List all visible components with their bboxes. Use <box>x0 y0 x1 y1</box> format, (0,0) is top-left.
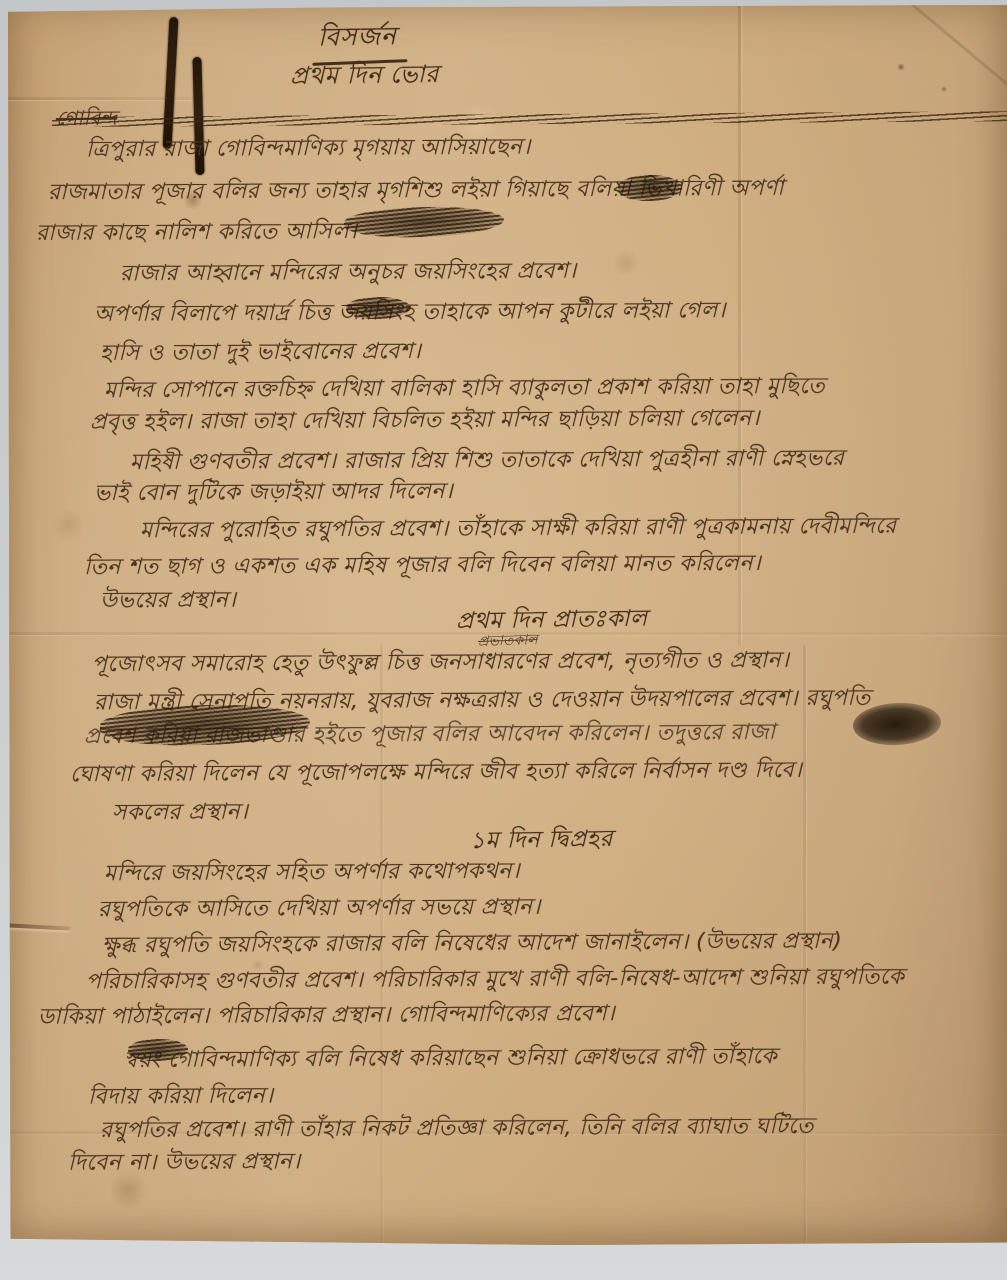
manuscript-line: স্বয়ং গোবিন্দমাণিক্য বলি নিষেধ করিয়াছে… <box>124 1039 777 1080</box>
manuscript-line: রঘুপতিকে আসিতে দেখিয়া অপর্ণার সভয়ে প্র… <box>98 890 541 930</box>
manuscript-line: ক্ষুব্ধ রঘুপতি জয়সিংহকে রাজার বলি নিষেধ… <box>102 924 842 966</box>
manuscript-line: সকলের প্রস্থান। <box>112 795 248 833</box>
manuscript-line: ডাকিয়া পাঠাইলেন। পরিচারিকার প্রস্থান। গ… <box>38 996 615 1037</box>
corner-crease <box>906 0 1007 98</box>
manuscript-line: ঘোষণা করিয়া দিলেন যে পূজোপলক্ষে মন্দিরে… <box>70 753 803 794</box>
manuscript-line: তিন শত ছাগ ও একশত এক মহিষ পূজার বলি দিবে… <box>84 546 761 587</box>
manuscript-line: দিবেন না। উভয়ের প্রস্থান। <box>68 1144 301 1182</box>
manuscript-line: রাজার কাছে নালিশ করিতে আসিল। <box>36 214 357 253</box>
manuscript-line: ভাই বোন দুটিকে জড়াইয়া আদর দিলেন। <box>94 474 453 513</box>
page-title-text: বিসর্জন <box>318 21 397 51</box>
manuscript-line: প্রবৃত্ত হইল। রাজা তাহা দেখিয়া বিচলিত হ… <box>90 401 760 442</box>
manuscript-line: মন্দিরে জয়সিংহের সহিত অপর্ণার কথোপকথন। <box>104 854 520 894</box>
manuscript-line: রাজার আহ্বানে মন্দিরের অনুচর জয়সিংহের প… <box>120 254 577 294</box>
manuscript-page: বিসর্জন প্রথম দিন ভোর গোবিন্দ ত্রিপুরার … <box>8 5 1007 1245</box>
manuscript-line: মন্দিরের পুরোহিত রঘুপতির প্রবেশ। তাঁহাকে… <box>140 509 897 551</box>
manuscript-line: বিদায় করিয়া দিলেন। <box>88 1078 274 1116</box>
manuscript-line: পরিচারিকাসহ গুণবতীর প্রবেশ। পরিচারিকার ম… <box>86 960 905 1002</box>
manuscript-line: অপর্ণার বিলাপে দয়ার্দ্র চিত্ত জয়সিংহ ত… <box>94 293 726 334</box>
manuscript-line: উভয়ের প্রস্থান। <box>100 583 237 621</box>
manuscript-line: হাসি ও তাতা দুই ভাইবোনের প্রবেশ। <box>100 334 421 373</box>
paper-tear <box>8 923 70 930</box>
manuscript-line: ত্রিপুরার রাজা গোবিন্দমাণিক্য মৃগয়ায় আ… <box>86 130 531 170</box>
manuscript-line: পূজোৎসব সমারোহ হেতু উৎফুল্ল চিত্ত জনসাধা… <box>92 643 790 684</box>
page-title: বিসর্জন <box>318 16 398 60</box>
scene-heading-dawn: প্রথম দিন ভোর <box>290 56 440 98</box>
